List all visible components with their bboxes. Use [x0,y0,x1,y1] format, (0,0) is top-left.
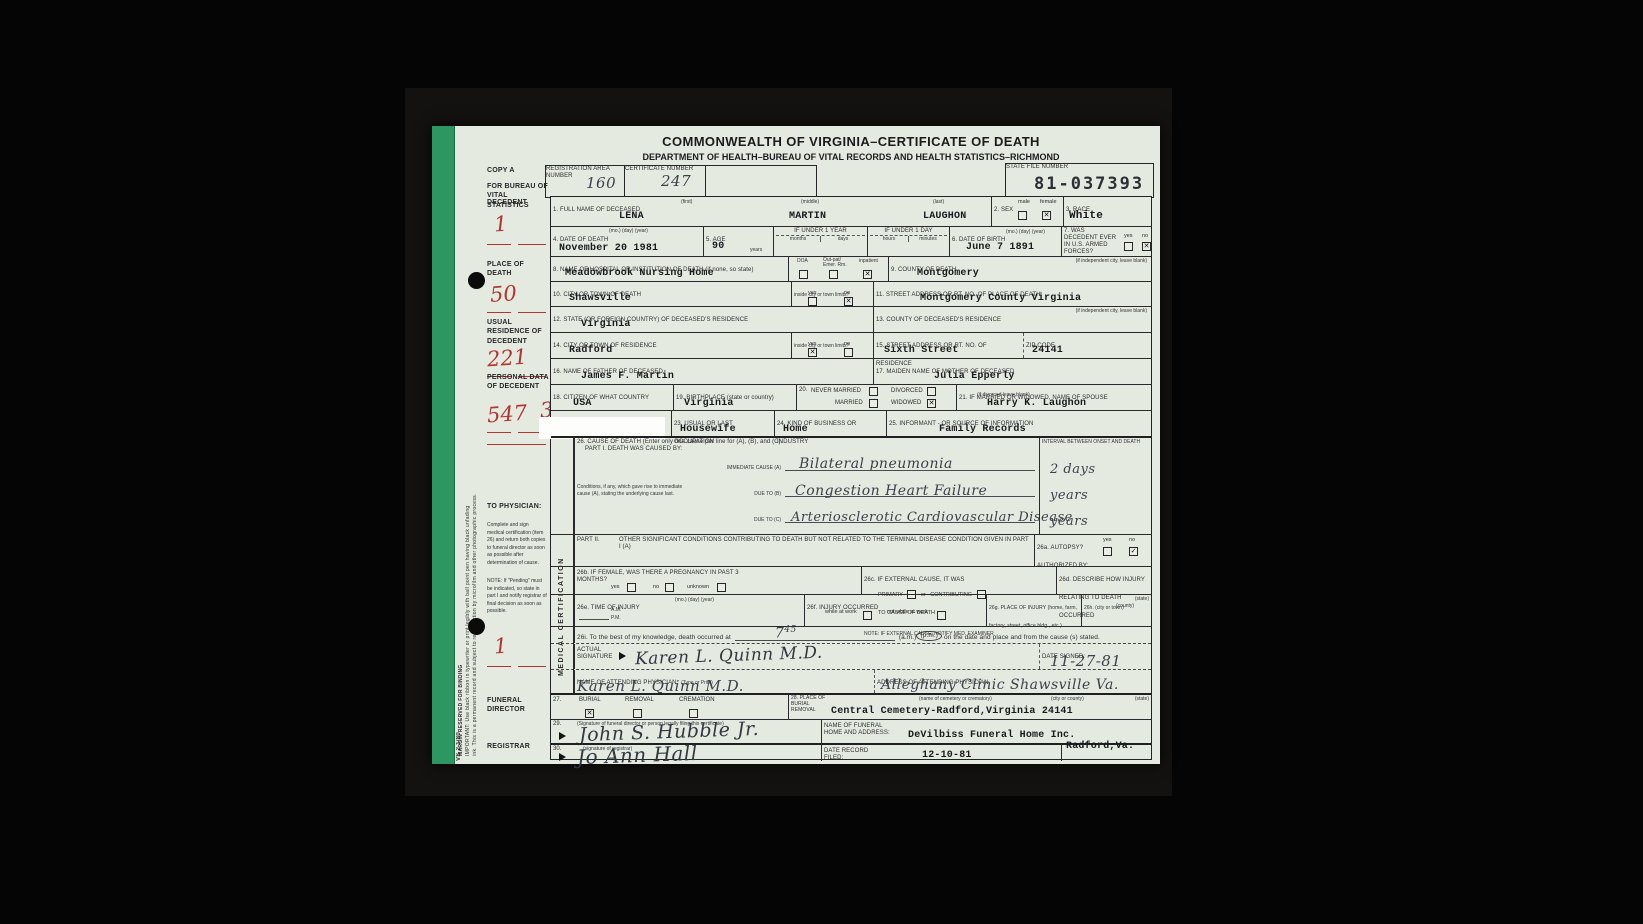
registrar-signature: Jo Ann Hall [577,741,698,769]
death-limits-yes-checkbox [808,297,817,306]
field-injury-occurred: 26f. INJURY OCCURRED while at work not w… [804,595,986,626]
state-file-value: 81-037393 [1034,174,1144,194]
field-autopsy: 26a. AUTOPSY? AUTHORIZED BY: yes no ✓ [1034,535,1151,566]
autopsy-no-checkbox: ✓ [1129,547,1138,556]
field-age: 5. AGE 90 years [703,227,773,256]
field-pregnancy: 26b. IF FEMALE, WAS THERE A PREGNANCY IN… [574,567,861,594]
binding-strip [432,126,455,764]
field-external-cause: 26c. IF EXTERNAL CAUSE, IT WAS PRIMARY o… [861,567,1056,594]
field-county-of-death: 9. COUNTY OF DEATH (if independent city,… [888,257,1151,281]
margin-important-note-2: ink. This is a permanent record and subj… [472,356,478,756]
cause-conditions-note: Conditions, if any, which gave rise to i… [577,484,695,497]
field-attending-physician: NAME OF ATTENDING PHYSICIAN (Type or Pri… [574,670,874,693]
physician-address-value: Alleghany Clinic Shawsville Va. [881,677,1119,693]
age-value: 90 [712,241,724,252]
section-place-of-death: PLACE OF DEATH [487,260,549,279]
physician-note: NOTE: If "Pending" must be indicated, so… [487,578,547,616]
field-marital-status: 20. NEVER MARRIED DIVORCED MARRIED WIDOW… [796,385,956,410]
occupation-value: Housewife [680,424,736,435]
last-name-value: LAUGHON [923,211,966,222]
residence-limits-yes-checkbox: ✕ [808,348,817,357]
copy-label: COPY A [487,166,549,175]
pregnancy-unknown-checkbox [717,583,726,592]
informant-value: Family Records [939,424,1026,435]
field-cause-of-death: 26. CAUSE OF DEATH (Enter only one cause… [574,438,1039,534]
field-funeral-director-signature: 29. (Signature of funeral director or pe… [551,720,821,743]
date-filed-value: 12-10-81 [922,750,972,761]
field-citizenship: 18. CITIZEN OF WHAT COUNTRY USA [551,385,673,410]
field-informant: 25. INFORMANT - OR SOURCE OF INFORMATION… [886,411,1151,436]
registration-area-value: 160 [586,174,616,192]
pm-circled: (p.m.) [916,631,942,641]
punch-hole-top [468,272,485,289]
field-if-under-1-year: IF UNDER 1 YEAR months days [773,227,867,256]
cremation-checkbox [689,709,698,718]
father-name-value: James F. Martin [581,371,674,382]
sex-male-checkbox [1018,211,1027,220]
field-county-of-residence: 13. COUNTY OF DECEASED'S RESIDENCE (if i… [873,307,1151,332]
funeral-home-value: DeVilbiss Funeral Home Inc. [908,730,1075,741]
death-certificate-document: MARGIN RESERVED FOR BINDING IMPORTANT: U… [432,126,1160,764]
industry-value: Home [783,424,808,435]
field-registrar-signature: 30. (signature of registrar) Jo Ann Hall [551,745,821,761]
never-married-checkbox [869,387,878,396]
date-of-birth-value: June 7 1891 [966,242,1034,253]
state-file-box: STATE FILE NUMBER 81-037393 [1005,163,1154,198]
field-date-of-death: 4. DATE OF DEATH (mo.) (day) (year) Nove… [551,227,703,256]
field-ssn: 22. SOCIAL SECURITY NUMBER [551,411,671,436]
state-of-residence-value: Virginia [581,319,631,330]
immediate-cause-value: Bilateral pneumonia [799,456,953,472]
red-number-50: 50 [489,281,517,307]
field-place-of-burial: 28. PLACE OF BURIAL REMOVAL (name of cem… [788,695,1151,719]
interval-a-value: 2 days [1050,462,1096,477]
field-date-record-filed: DATE RECORD FILED: 12-10-81 [821,745,1061,761]
county-of-death-value: Montgomery [917,268,979,279]
field-place-of-injury: 26g. PLACE OF INJURY (home, farm, factor… [986,595,1081,626]
burial-checkbox: ✕ [585,709,594,718]
inpatient-checkbox: ✕ [863,270,872,279]
section-usual-residence: USUAL RESIDENCE OF DECEDENT [487,318,549,346]
interval-c-value: years [1050,514,1088,529]
field-part-2: PART II. OTHER SIGNIFICANT CONDITIONS CO… [574,535,1034,566]
field-actual-signature: ACTUAL SIGNATURE Karen L. Quinn M.D. [574,644,1039,669]
interval-column: INTERVAL BETWEEN ONSET AND DEATH 2 days … [1039,438,1151,534]
field-time-of-injury: 26e. TIME OF INJURY (mo.) (day) (year) A… [574,595,804,626]
physician-signature: Karen L. Quinn M.D. [635,643,823,670]
certificate-number-value: 247 [661,172,691,190]
date-of-death-value: November 20 1981 [559,243,658,254]
field-city-of-residence: 14. CITY OR TOWN OF RESIDENCE Radford [551,333,791,358]
field-occupation: 23. USUAL OR LAST OCCUPATION Housewife [671,411,774,436]
married-checkbox [869,399,878,408]
mother-name-value: Julia Epperly [934,371,1015,382]
armed-forces-yes-checkbox [1124,242,1133,251]
due-to-b-value: Congestion Heart Failure [795,483,987,499]
medical-certification-strip: MEDICAL CERTIFICATION [551,436,574,693]
pregnancy-no-checkbox [665,583,674,592]
sex-female-checkbox: ✕ [1042,211,1051,220]
registration-box: REGISTRATION AREA NUMBER 160 CERTIFICATE… [545,165,817,198]
not-while-at-work-checkbox [937,611,946,620]
doa-checkbox [799,270,808,279]
field-if-under-1-day: IF UNDER 1 DAY hours minutes [867,227,949,256]
field-armed-forces: 7. WAS DECEDENT EVER IN U.S. ARMED FORCE… [1061,227,1151,256]
middle-name-value: MARTIN [789,211,826,222]
medical-certification-label: MEDICAL CERTIFICATION [558,456,565,676]
field-spouse-name: 21. IF MARRIED OR WIDOWED, NAME OF SPOUS… [956,385,1151,410]
red-number-1b: 1 [493,634,508,659]
section-personal-data: PERSONAL DATA OF DECEDENT [487,373,549,392]
section-registrar: REGISTRAR [487,742,549,751]
field-street-of-death: 11. STREET ADDRESS OR RT. NO. OF PLACE O… [873,282,1151,306]
death-limits-no-checkbox: ✕ [844,297,853,306]
red-number-547: 547 [486,401,528,428]
zip-code-value: 24141 [1032,345,1063,356]
spouse-name-value: Harry K. Laughon [987,398,1086,409]
certificate-title: COMMONWEALTH OF VIRGINIA–CERTIFICATE OF … [550,134,1152,149]
field-industry: 24. KIND OF BUSINESS OR INDUSTRY Home [774,411,886,436]
autopsy-yes-checkbox [1103,547,1112,556]
field-birthplace: 19. BIRTHPLACE (state or country) Virgin… [673,385,796,410]
field-disposition: 27. BURIAL REMOVAL CREMATION ✕ [551,695,788,719]
screenshot-stage: MARGIN RESERVED FOR BINDING IMPORTANT: U… [0,0,1643,924]
birthplace-value: Virginia [684,398,734,409]
section-decedent: DECEDENT [487,198,549,207]
field-date-signed: DATE SIGNED: 11-27-81 [1039,644,1151,669]
red-number-1: 1 [493,212,508,237]
punch-hole-bottom [468,618,485,635]
cause-line-c: DUE TO (C) Arteriosclerotic Cardiovascul… [695,508,1035,523]
field-sex: 2. SEX male female ✕ [991,197,1063,226]
widowed-checkbox: ✕ [927,399,936,408]
signature-arrow-icon [559,732,566,740]
field-hospital-status: DOA Out-pat/ Emer. Rm. inpatient ✕ [788,257,888,281]
field-death-city-limits: inside city or town limits? yes no ✕ [791,282,873,306]
field-funeral-home: NAME OF FUNERAL HOME AND ADDRESS: DeVilb… [821,720,1151,743]
pregnancy-yes-checkbox [627,583,636,592]
while-at-work-checkbox [863,611,872,620]
red-number-221: 221 [486,345,528,372]
certificate-subtitle: DEPARTMENT OF HEALTH–BUREAU OF VITAL REC… [550,152,1152,162]
field-mother-name: 17. MAIDEN NAME OF MOTHER OF DECEASED Ju… [873,359,1151,384]
residence-limits-no-checkbox [844,348,853,357]
cause-line-b: DUE TO (B) Congestion Heart Failure [695,482,1035,497]
divorced-checkbox [927,387,936,396]
field-street-of-residence: 15. STREET ADDRESS OR RT. NO. OF RESIDEN… [873,333,1023,358]
field-how-injury: 26d. DESCRIBE HOW INJURY RELATING TO DEA… [1056,567,1151,594]
field-hospital: 8. NAME OF HOSPITAL OR INSTITUTION OF DE… [551,257,788,281]
section-funeral-director: FUNERAL DIRECTOR [487,696,549,715]
city-of-death-value: Shawsville [569,293,631,304]
hospital-value: Meadowbrook Nursing Home [565,268,714,279]
first-name-value: LENA [619,211,644,222]
race-value: White [1069,210,1103,222]
signature-arrow-icon [619,652,626,660]
citizenship-value: USA [573,398,592,409]
form-code: VS 2 1/80 [456,701,462,761]
field-physician-address: ADDRESS OF ATTENDING PHYSICIAN Alleghany… [874,670,1151,693]
street-of-death-value: Montgomery County Virginia [920,293,1081,304]
field-state-of-residence: 12. STATE (OR FOREIGN COUNTRY) OF DECEAS… [551,307,873,332]
field-city-of-death: 10. CITY OR TOWN OF DEATH Shawsville [551,282,791,306]
field-residence-city-limits: inside city or town limits? yes ✕ no [791,333,873,358]
armed-forces-no-checkbox: ✕ [1142,242,1151,251]
street-of-residence-value: Sixth Street [884,345,958,356]
field-race: 3. RACE White [1063,197,1151,226]
physician-instructions: Complete and sign medical certification … [487,522,547,567]
date-signed-value: 11-27-81 [1050,652,1121,670]
signature-arrow-icon [559,753,566,761]
due-to-c-value: Arteriosclerotic Cardiovascular Disease [791,510,1073,525]
field-father-name: 16. NAME OF FATHER OF DECEASED James F. … [551,359,873,384]
field-full-name: 1. FULL NAME OF DECEASED (first) (middle… [551,197,991,226]
margin-important-note: IMPORTANT: Use black ribbon in typewrite… [465,356,471,756]
section-to-physician: TO PHYSICIAN: [487,502,549,511]
removal-checkbox [633,709,642,718]
state-file-label: STATE FILE NUMBER [1006,164,1153,171]
funeral-home-city-value: Radford,Va. [1066,741,1134,752]
field-funeral-home-city: Radford,Va. [1061,745,1151,761]
field-injury-location: 26h. (city or town) (county) (state) [1081,595,1151,626]
field-zip-code: ZIP CODE 24141 [1023,333,1151,358]
outpatient-checkbox [829,270,838,279]
time-of-death-value: 745 [775,625,797,642]
place-of-burial-value: Central Cemetery-Radford,Virginia 24141 [831,706,1073,717]
field-date-of-birth: 6. DATE OF BIRTH (mo.) (day) (year) June… [949,227,1061,256]
city-of-residence-value: Radford [569,345,612,356]
certificate-form: 1. FULL NAME OF DECEASED (first) (middle… [550,196,1152,760]
cause-line-a: IMMEDIATE CAUSE (A) Bilateral pneumonia [695,456,1035,471]
interval-b-value: years [1050,488,1088,503]
field-death-statement: 26i. To the best of my knowledge, death … [574,627,1151,643]
